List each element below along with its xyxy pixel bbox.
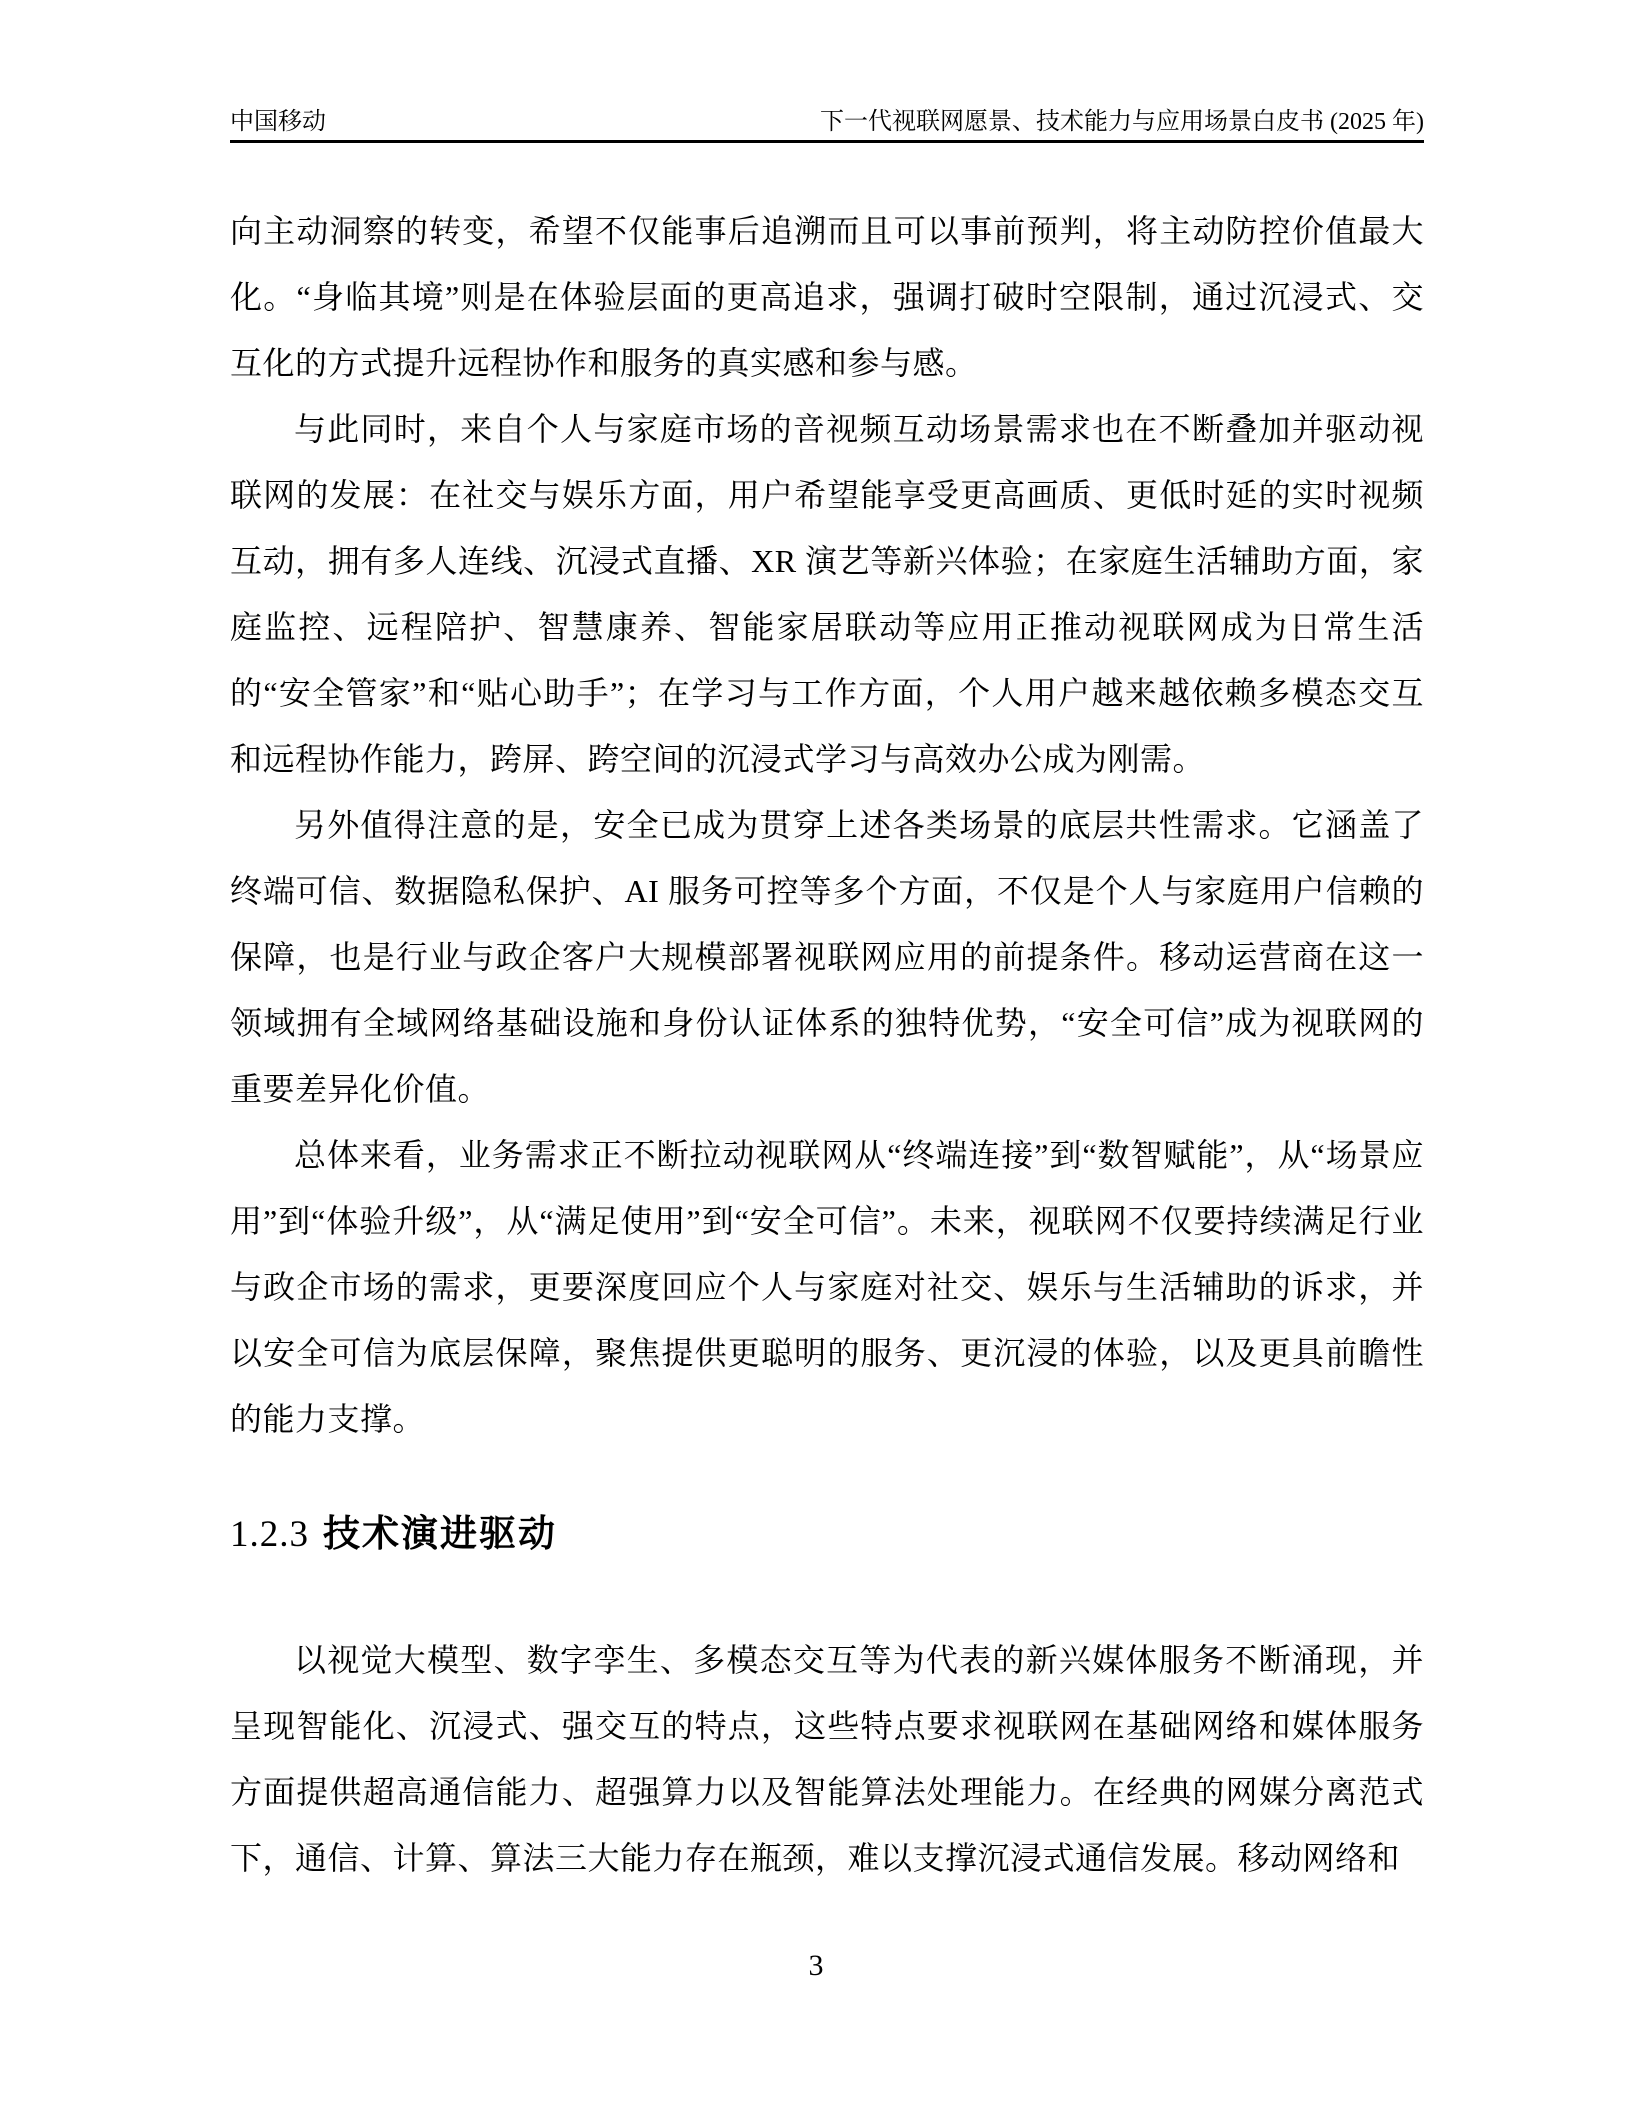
body-paragraph: 总体来看，业务需求正不断拉动视联网从“终端连接”到“数智赋能”，从“场景应用”到… [230, 1122, 1424, 1452]
page-number: 3 [809, 1949, 824, 1982]
page-footer: 3 [0, 1948, 1632, 1984]
body-paragraph: 与此同时，来自个人与家庭市场的音视频互动场景需求也在不断叠加并驱动视联网的发展：… [230, 396, 1424, 792]
body-paragraph: 以视觉大模型、数字孪生、多模态交互等为代表的新兴媒体服务不断涌现，并呈现智能化、… [230, 1627, 1424, 1891]
section-title: 技术演进驱动 [323, 1513, 557, 1554]
section-number: 1.2.3 [230, 1514, 309, 1555]
body-paragraph: 另外值得注意的是，安全已成为贯穿上述各类场景的底层共性需求。它涵盖了终端可信、数… [230, 792, 1424, 1122]
page-header: 中国移动 下一代视联网愿景、技术能力与应用场景白皮书 (2025 年) [230, 0, 1424, 143]
section-heading: 1.2.3技术演进驱动 [230, 1510, 1424, 1559]
document-body: 向主动洞察的转变，希望不仅能事后追溯而且可以事前预判，将主动防控价值最大化。“身… [230, 198, 1424, 1891]
header-right-text: 下一代视联网愿景、技术能力与应用场景白皮书 (2025 年) [820, 106, 1424, 139]
document-page: 中国移动 下一代视联网愿景、技术能力与应用场景白皮书 (2025 年) 向主动洞… [0, 0, 1632, 2112]
header-rule: 中国移动 下一代视联网愿景、技术能力与应用场景白皮书 (2025 年) [230, 106, 1424, 143]
header-left-text: 中国移动 [230, 106, 326, 139]
body-paragraph: 向主动洞察的转变，希望不仅能事后追溯而且可以事前预判，将主动防控价值最大化。“身… [230, 198, 1424, 396]
